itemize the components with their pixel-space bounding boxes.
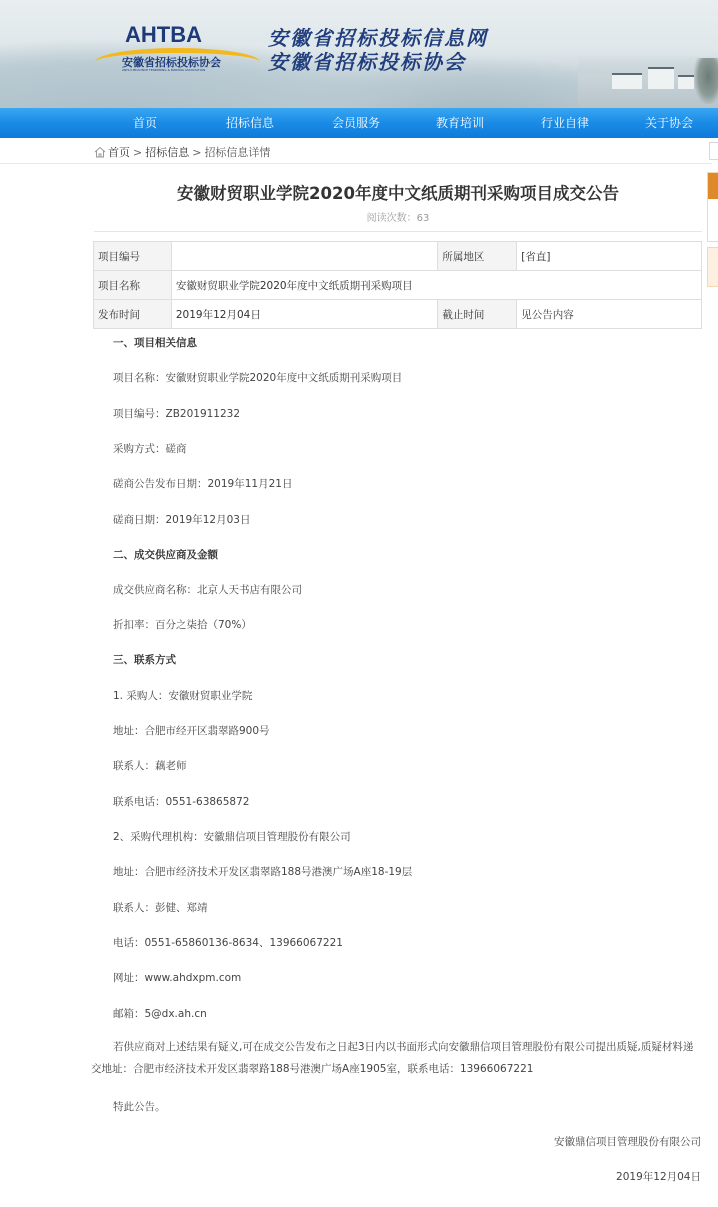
site-title: 安徽省招标投标信息网 安徽省招标投标协会 <box>268 26 488 74</box>
breadcrumb-home[interactable]: 首页 <box>108 144 130 160</box>
nav-item-education[interactable]: 教育培训 <box>415 108 505 138</box>
nav-item-member-service[interactable]: 会员服务 <box>311 108 401 138</box>
consult-date: 磋商日期：2019年12月03日 <box>113 512 250 527</box>
buyer-address: 地址：合肥市经开区翡翠路900号 <box>113 723 270 738</box>
agency-contact: 联系人：彭健、郑靖 <box>113 900 208 915</box>
signature-date: 2019年12月04日 <box>616 1169 701 1184</box>
section-heading: 三、联系方式 <box>113 652 176 667</box>
project-number: 项目编号：ZB201911232 <box>113 406 240 421</box>
tree-decoration <box>694 58 718 104</box>
cell-label: 发布时间 <box>94 300 172 329</box>
cell-label: 项目名称 <box>94 271 172 300</box>
sidebar-panel-header <box>708 173 718 199</box>
agency-phone: 电话：0551-65860136-8634、13966067221 <box>113 935 343 950</box>
agency: 2、采购代理机构：安徽鼎信项目管理股份有限公司 <box>113 829 351 844</box>
table-row: 发布时间 2019年12月04日 截止时间 见公告内容 <box>94 300 702 329</box>
ahtba-logo[interactable]: AHTBA 安徽省招标投标协会 ANHUI PROVINCE TENDERING… <box>95 22 265 74</box>
objection-notice: 若供应商对上述结果有疑义,可在成交公告发布之日起3日内以书面形式向安徽鼎信项目管… <box>91 1036 703 1080</box>
agency-email[interactable]: 邮箱：5@dx.ah.cn <box>113 1006 207 1021</box>
notice-date: 磋商公告发布日期：2019年11月21日 <box>113 476 292 491</box>
logo-en-name: ANHUI PROVINCE TENDERING & BIDDING ASSOC… <box>122 68 205 72</box>
breadcrumb-separator: > <box>133 146 142 159</box>
cell-value: 见公告内容 <box>517 300 702 329</box>
nav-item-tender-info[interactable]: 招标信息 <box>205 108 295 138</box>
closing-statement: 特此公告。 <box>113 1099 166 1114</box>
divider <box>94 231 702 232</box>
site-title-line1: 安徽省招标投标信息网 <box>268 26 488 50</box>
sidebar-search-input[interactable] <box>709 142 718 160</box>
procurement-method: 采购方式：磋商 <box>113 441 187 456</box>
section-heading: 二、成交供应商及金额 <box>113 547 218 562</box>
table-row: 项目名称 安徽财贸职业学院2020年度中文纸质期刊采购项目 <box>94 271 702 300</box>
divider <box>0 163 712 164</box>
breadcrumb: 首页 > 招标信息 > 招标信息详情 <box>94 144 270 160</box>
article-title: 安徽财贸职业学院2020年度中文纸质期刊采购项目成交公告 <box>94 180 702 204</box>
buyer-phone: 联系电话：0551-63865872 <box>113 794 249 809</box>
supplier-name: 成交供应商名称：北京人天书店有限公司 <box>113 582 302 597</box>
cell-value <box>171 242 438 271</box>
cell-label: 所属地区 <box>438 242 517 271</box>
sidebar-panel-secondary <box>707 247 718 287</box>
agency-address: 地址：合肥市经济技术开发区翡翠路188号港澳广场A座18-19层 <box>113 864 412 879</box>
nav-item-home[interactable]: 首页 <box>100 108 190 138</box>
project-info-table: 项目编号 所属地区 [省直] 项目名称 安徽财贸职业学院2020年度中文纸质期刊… <box>93 241 702 329</box>
buyer: 1. 采购人：安徽财贸职业学院 <box>113 688 252 703</box>
header-banner: AHTBA 安徽省招标投标协会 ANHUI PROVINCE TENDERING… <box>0 0 718 108</box>
logo-abbr: AHTBA <box>125 22 202 48</box>
signature-org: 安徽鼎信项目管理股份有限公司 <box>554 1134 701 1149</box>
breadcrumb-separator: > <box>192 146 201 159</box>
nav-item-about[interactable]: 关于协会 <box>624 108 714 138</box>
breadcrumb-tender-info[interactable]: 招标信息 <box>145 144 189 160</box>
sidebar-panel <box>707 172 718 242</box>
cell-value: 安徽财贸职业学院2020年度中文纸质期刊采购项目 <box>171 271 701 300</box>
project-name: 项目名称：安徽财贸职业学院2020年度中文纸质期刊采购项目 <box>113 370 402 385</box>
cell-label: 截止时间 <box>438 300 517 329</box>
cell-value: [省直] <box>517 242 702 271</box>
discount-rate: 折扣率：百分之柒拾（70%） <box>113 617 252 632</box>
main-nav: 首页 招标信息 会员服务 教育培训 行业自律 关于协会 <box>0 108 718 138</box>
view-count: 阅读次数：63 <box>94 209 702 224</box>
cell-value: 2019年12月04日 <box>171 300 438 329</box>
nav-item-self-discipline[interactable]: 行业自律 <box>520 108 610 138</box>
section-heading: 一、项目相关信息 <box>113 335 197 350</box>
table-row: 项目编号 所属地区 [省直] <box>94 242 702 271</box>
agency-website[interactable]: 网址：www.ahdxpm.com <box>113 970 241 985</box>
cell-label: 项目编号 <box>94 242 172 271</box>
breadcrumb-current: 招标信息详情 <box>204 144 270 160</box>
buyer-contact: 联系人：藕老师 <box>113 758 187 773</box>
home-icon <box>94 146 106 158</box>
site-title-line2: 安徽省招标投标协会 <box>268 50 488 74</box>
